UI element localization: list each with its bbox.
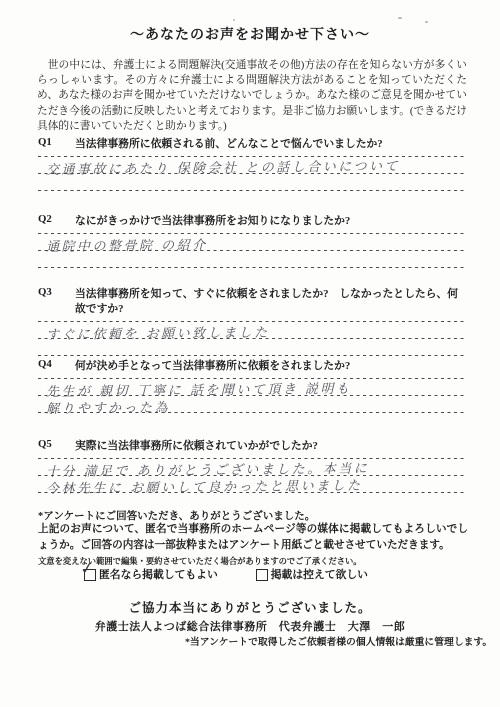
publish-choice-row: ✓ 匿名なら掲載してもよい ✓ 掲載は控えて欲しい <box>84 567 368 582</box>
checkbox-anonymous-ok: ✓ 匿名なら掲載してもよい <box>84 567 218 582</box>
question-text: 当法律事務所に依頼される前、どんなことで悩んでいましたか? <box>75 136 465 151</box>
answer-area: 通院中の整骨院 の紹介 <box>38 233 465 268</box>
answer-ruled-line <box>38 190 465 191</box>
question-text: 何が決め手となって当法律事務所に依頼をされましたか? <box>75 358 465 373</box>
intro-paragraph: 世の中には、弁護士による問題解決(交通事故その他)方法の存在を知らない方が多くい… <box>37 58 467 134</box>
question-text: なにがきっかけで当法律事務所をお知りになりましたか? <box>75 213 465 228</box>
checkbox-icon: ✓ <box>84 569 96 581</box>
checkbox-label: 匿名なら掲載してもよい <box>99 567 218 582</box>
answer-area: 十分 満足で ありがとうございました。本当に 今林先生に お願いして良かったと思… <box>38 458 465 493</box>
question-block-q2: Q2 なにがきっかけで当法律事務所をお知りになりましたか? 通院中の整骨院 の紹… <box>38 213 465 268</box>
checkbox-decline-publish: ✓ 掲載は控えて欲しい <box>256 567 368 582</box>
question-number: Q5 <box>38 438 75 453</box>
question-block-q1: Q1 当法律事務所に依頼される前、どんなことで悩んでいましたか? 交通事故にあた… <box>38 136 465 191</box>
scanned-questionnaire-page: 〜あなたのお声をお聞かせ下さい〜 世の中には、弁護士による問題解決(交通事故その… <box>0 0 500 707</box>
question-block-q3: Q3 当法律事務所を知って、すぐに依頼をされましたか? しなかったとしたら、何故… <box>38 286 465 356</box>
survey-thanks-note: *アンケートにご回答いただき、ありがとうございました。 <box>38 508 315 523</box>
scan-artifact <box>233 19 235 21</box>
question-text: 当法律事務所を知って、すぐに依頼をされましたか? しなかったとしたら、何故ですか… <box>75 286 465 316</box>
question-number: Q1 <box>38 136 75 151</box>
privacy-note: *当アンケートで取得したご依頼者様の個人情報は厳重に管理します。 <box>185 634 492 648</box>
check-icon: ✓ <box>78 559 96 577</box>
checkbox-label: 掲載は控えて欲しい <box>271 567 368 582</box>
page-title: 〜あなたのお声をお聞かせ下さい〜 <box>0 24 500 44</box>
question-text: 実際に当法律事務所に依頼されていかがでしたか? <box>75 438 465 453</box>
answer-area: 先生が 親切 丁寧に 話を聞いて頂き 説明も 解りやすかった為 <box>38 378 465 413</box>
closing-thanks: ご協力本当にありがとうございました。 <box>0 598 500 616</box>
publish-permission-text: 上記のお声について、匿名で当事務所のホームページ等の媒体に掲載してもよろしいでし… <box>38 522 468 553</box>
answer-area: 交通事故にあたり 保険会社 との話し合いについて <box>38 156 465 191</box>
answer-ruled-line <box>38 355 465 356</box>
question-number: Q4 <box>38 358 75 373</box>
question-block-q4: Q4 何が決め手となって当法律事務所に依頼をされましたか? 先生が 親切 丁寧に… <box>38 358 465 413</box>
question-block-q5: Q5 実際に当法律事務所に依頼されていかがでしたか? 十分 満足で ありがとうご… <box>38 438 465 493</box>
scan-artifact <box>398 17 402 19</box>
checkbox-icon: ✓ <box>256 569 268 581</box>
question-number: Q2 <box>38 213 75 228</box>
handwritten-answer: 今林先生に お願いして良かったと思いました <box>46 475 363 497</box>
handwritten-answer: 解りやすかった為 <box>46 397 170 417</box>
answer-ruled-line <box>38 267 465 268</box>
answer-area: すぐに依頼を お願い致しました <box>38 321 465 356</box>
question-number: Q3 <box>38 286 75 316</box>
scan-artifact <box>425 21 428 23</box>
law-firm-name: 弁護士法人よつば総合法律事務所 代表弁護士 大澤 一郎 <box>0 618 500 634</box>
